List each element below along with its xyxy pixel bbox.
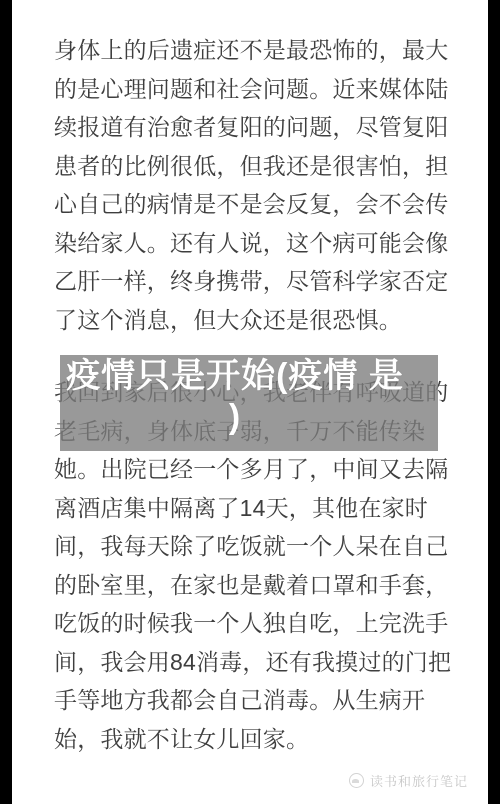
cloud-logo-icon [349,773,364,788]
left-black-bar [0,0,12,804]
text-line: 的卧室里，在家也是戴着口罩和手套， [54,566,448,605]
paragraph-psychological-fear: 身体上的后遗症还不是最恐怖的，最大的是心理问题和社会问题。近来媒体陆续报道有治愈… [54,31,448,339]
text-line: 她。出院已经一个多月了，中间又去隔 [54,450,448,489]
overlay-title-line-2: ) [57,397,413,438]
article-screenshot: 身体上的后遗症还不是最恐怖的，最大的是心理问题和社会问题。近来媒体陆续报道有治愈… [0,0,500,804]
text-line: 身体上的后遗症还不是最恐怖的，最大 [54,31,448,70]
text-line: 始，我就不让女儿回家。 [54,720,448,759]
text-line: 手等地方我都会自己消毒。从生病开 [54,681,448,720]
text-line: 的是心理问题和社会问题。近来媒体陆 [54,70,448,109]
text-line: 间，我会用84消毒，还有我摸过的门把 [54,643,448,682]
text-line: 患者的比例很低，但我还是很害怕，担 [54,147,448,186]
text-line: 离酒店集中隔离了14天，其他在家时 [54,489,448,528]
text-line: 乙肝一样，终身携带，尽管科学家否定 [54,262,448,301]
text-line: 间，我每天除了吃饭就一个人呆在自己 [54,527,448,566]
overlay-title: 疫情只是开始(疫情 是 ) [57,356,413,438]
watermark: 读书和旅行笔记 [349,771,468,790]
overlay-title-line-1: 疫情只是开始(疫情 是 [57,356,413,397]
text-line: 染给家人。还有人说，这个病可能会像 [54,224,448,263]
text-line: 吃饭的时候我一个人独自吃，上完洗手 [54,604,448,643]
text-line: 心自己的病情是不是会反复，会不会传 [54,185,448,224]
text-line: 了这个消息，但大众还是很恐惧。 [54,301,448,340]
text-line: 续报道有治愈者复阳的问题，尽管复阳 [54,108,448,147]
right-black-bar [488,0,500,804]
watermark-label: 读书和旅行笔记 [370,771,468,790]
